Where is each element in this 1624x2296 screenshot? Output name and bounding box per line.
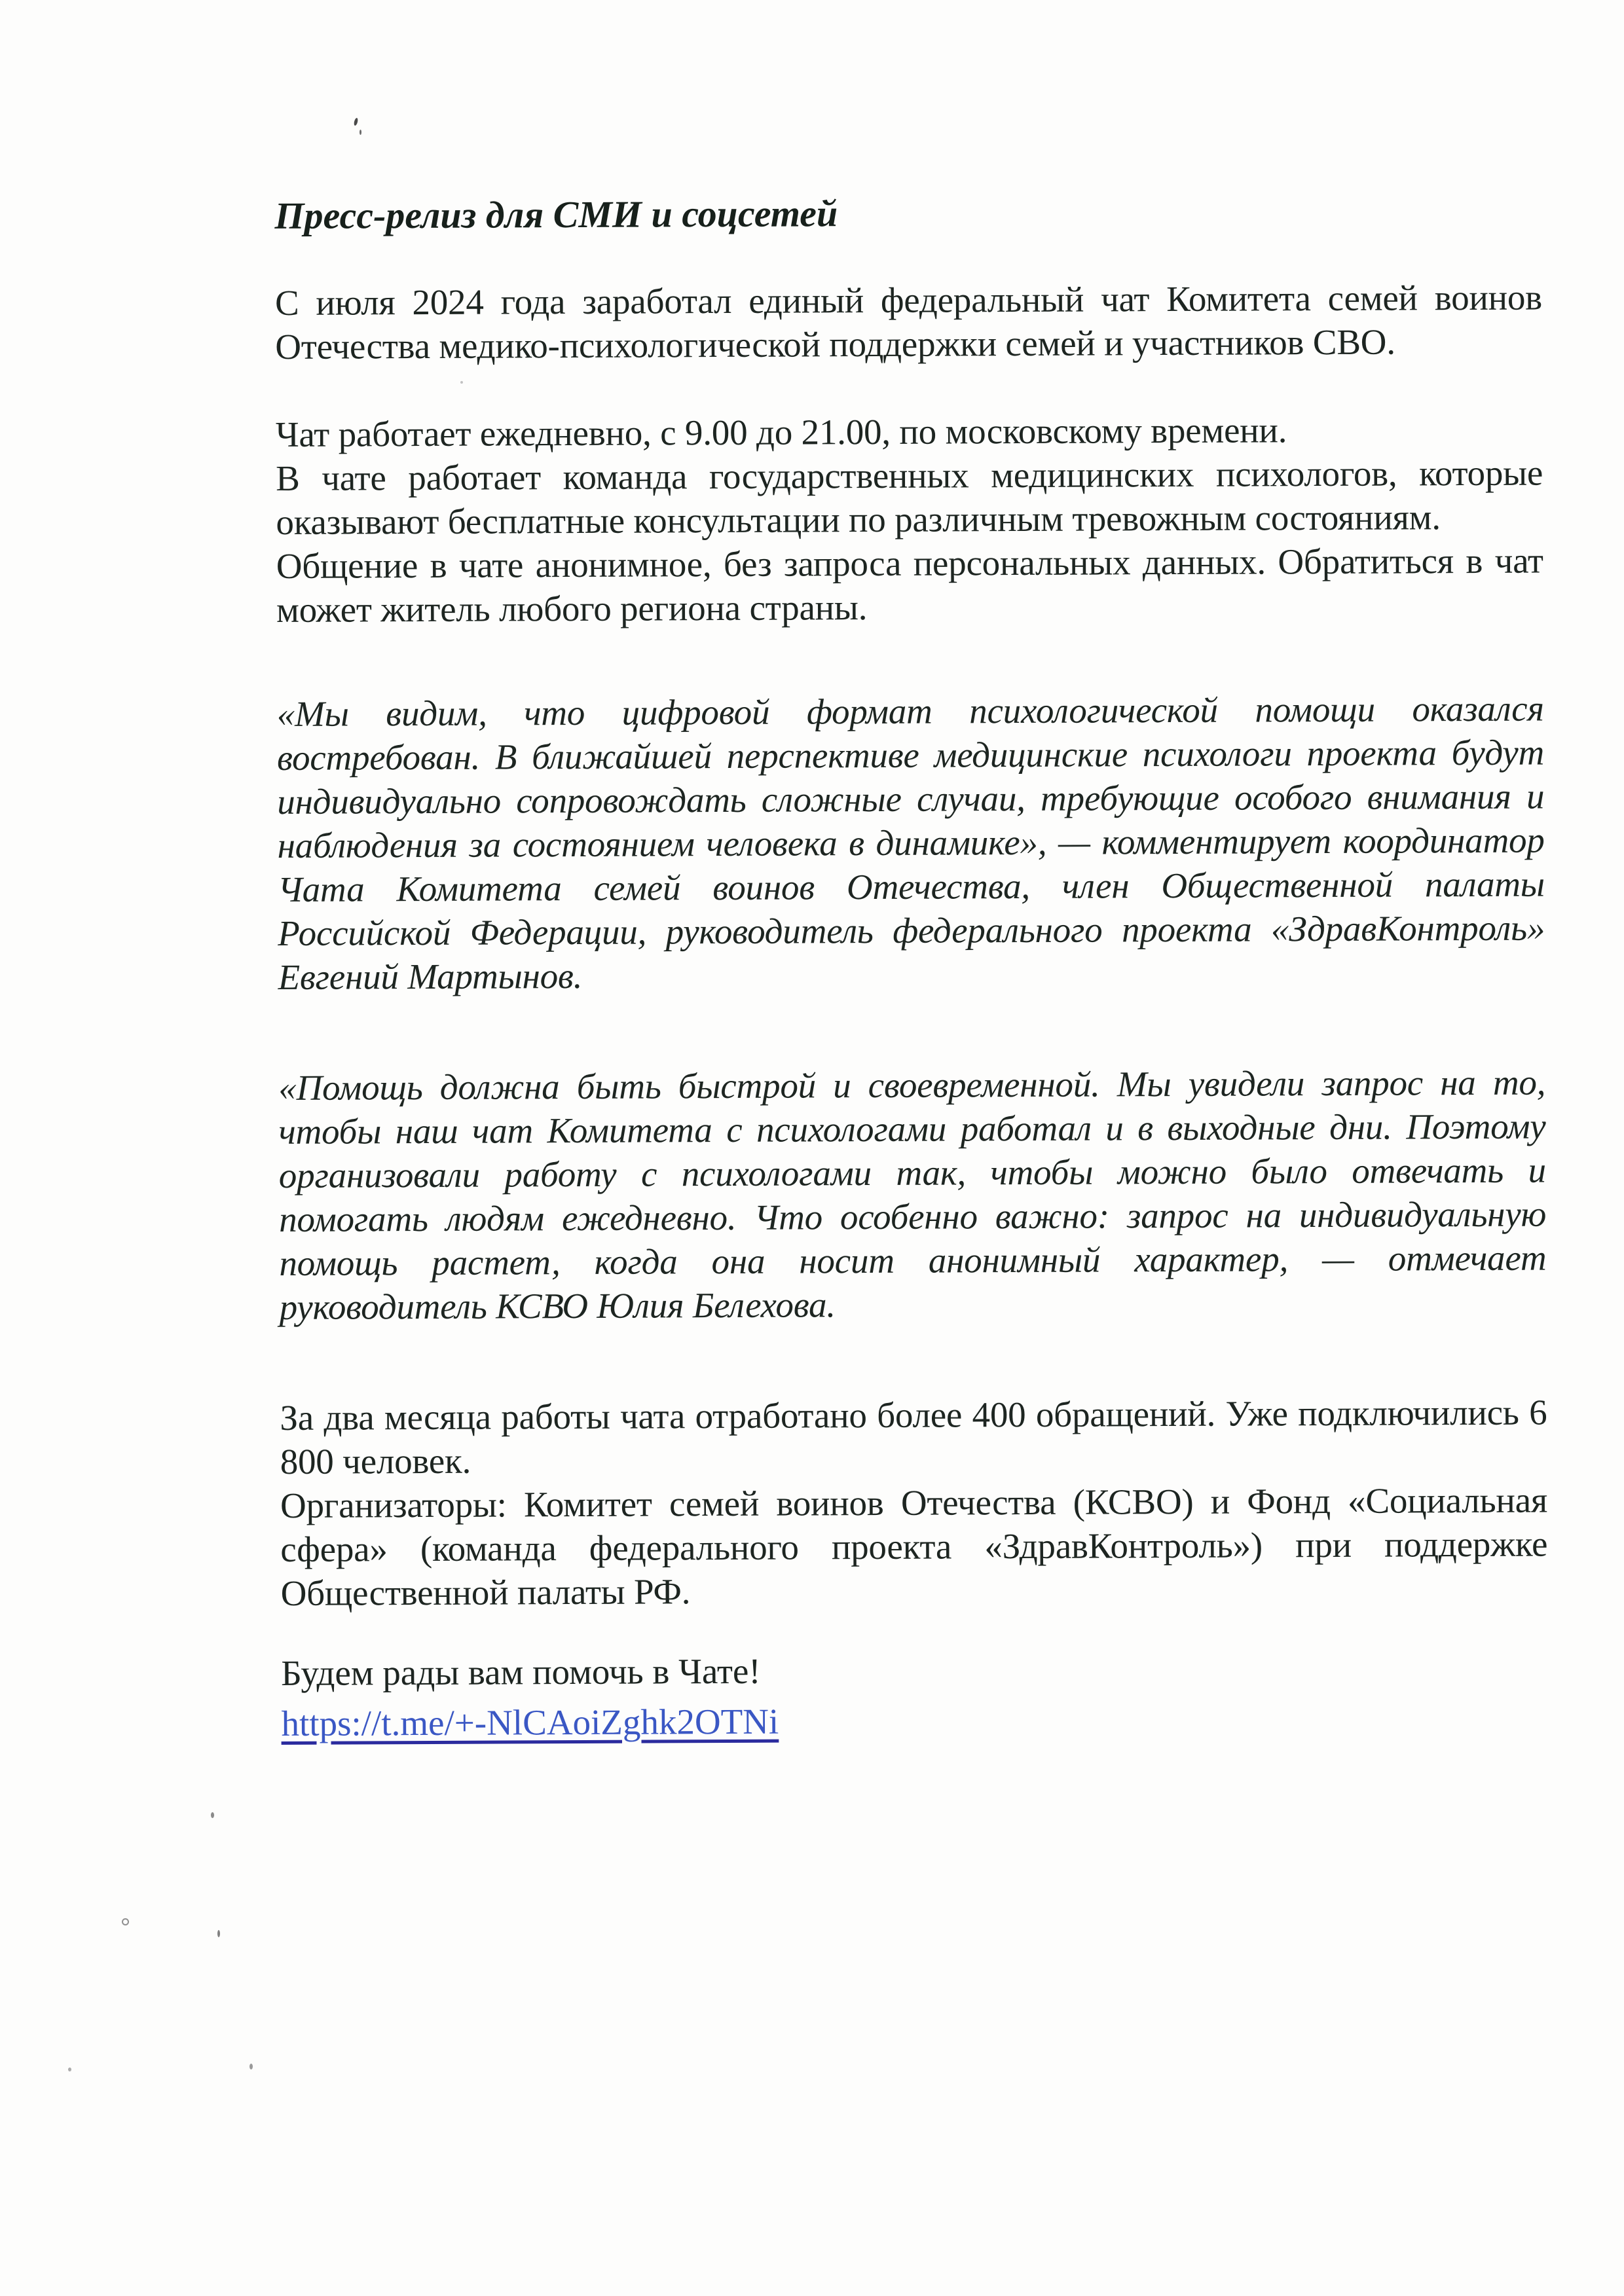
scan-speck [211, 1812, 214, 1818]
scanned-press-release-page: Пресс-релиз для СМИ и соцсетей С июля 20… [0, 0, 1624, 2296]
scan-speck [360, 130, 361, 135]
scan-speck [249, 2064, 253, 2069]
quote-paragraph: «Мы видим, что цифровой формат психологи… [277, 687, 1545, 999]
quote-paragraph: «Помощь должна быть быстрой и своевремен… [278, 1061, 1547, 1329]
body-paragraph: С июля 2024 года заработал единый федера… [275, 276, 1543, 369]
scan-speck [460, 381, 463, 384]
scan-speck [68, 2068, 71, 2071]
body-paragraph: За два месяца работы чата отработано бол… [280, 1391, 1547, 1615]
paragraphs-container: С июля 2024 года заработал единый федера… [275, 276, 1548, 1615]
body-paragraph: Чат работает ежедневно, с 9.00 до 21.00,… [276, 407, 1543, 632]
closing-line: Будем рады вам помочь в Чате! [281, 1646, 1548, 1695]
document-title: Пресс-релиз для СМИ и соцсетей [274, 190, 1541, 237]
scan-speck [122, 1918, 129, 1925]
press-release-body: Пресс-релиз для СМИ и соцсетей С июля 20… [274, 0, 1549, 1745]
telegram-link[interactable]: https://t.me/+-NlCAoiZghk2OTNi [281, 1700, 779, 1745]
scan-speck [217, 1930, 220, 1937]
